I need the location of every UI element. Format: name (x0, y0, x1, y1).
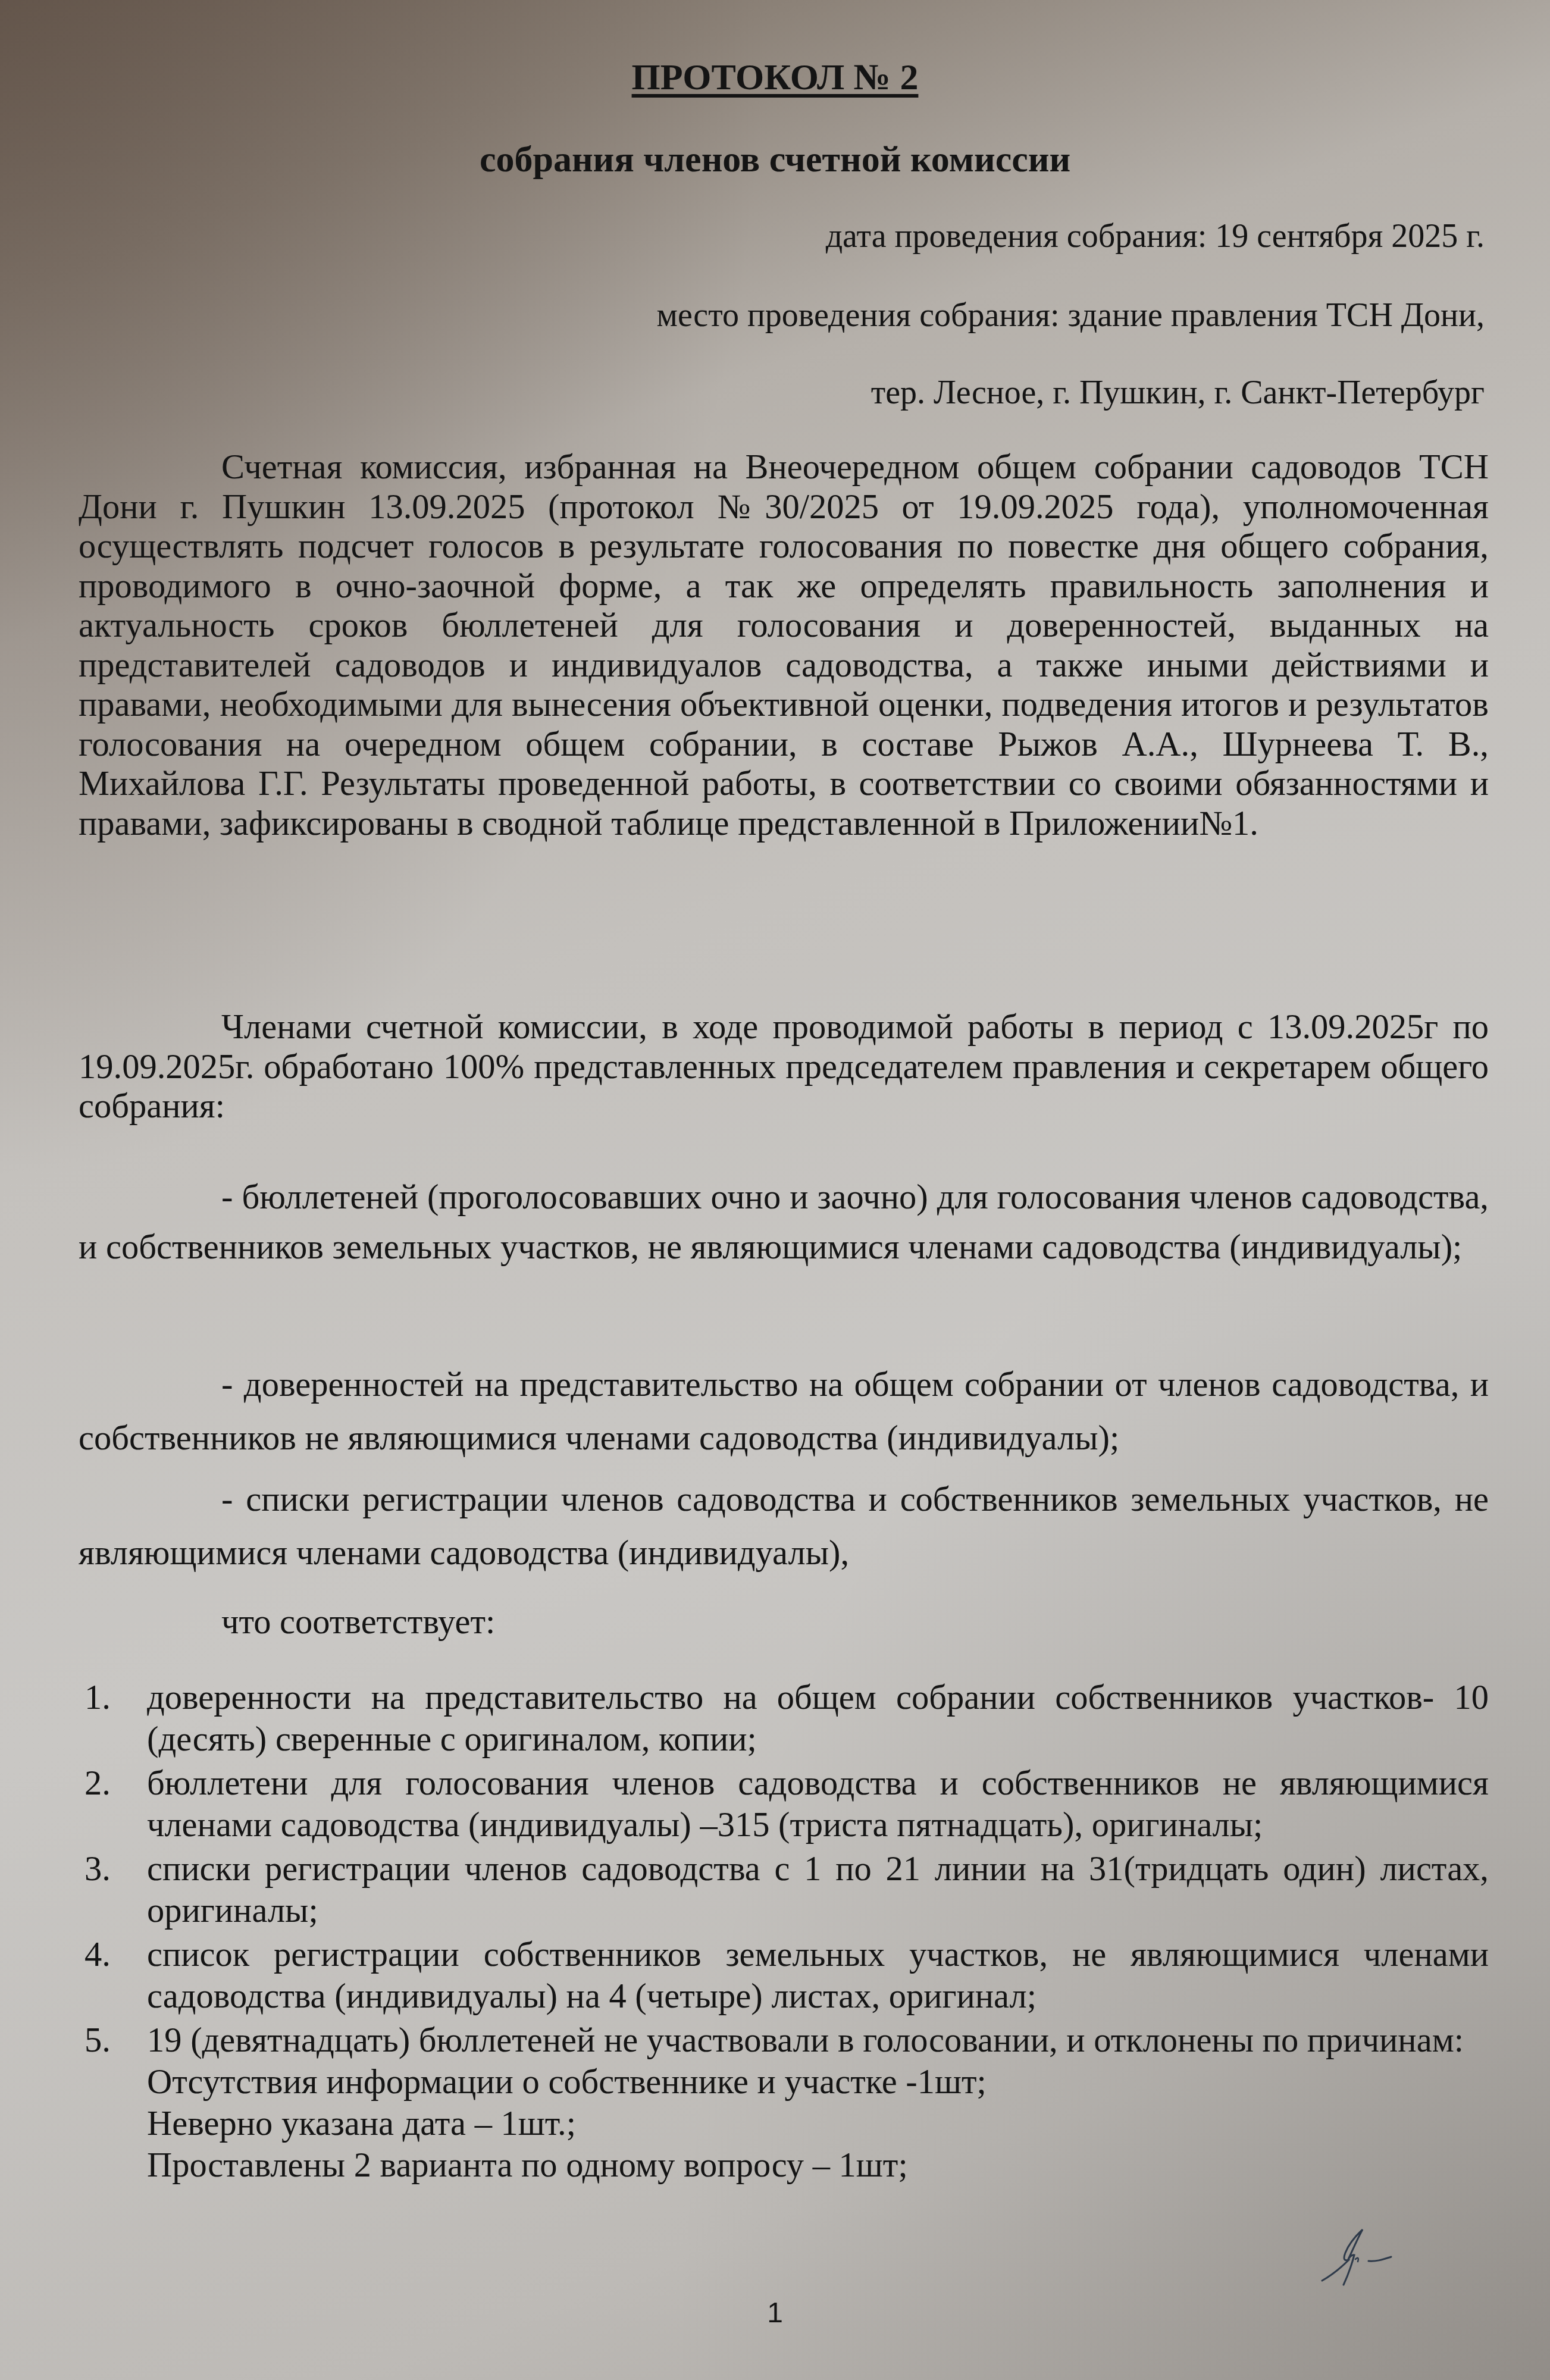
documents-list: 1. доверенности на представительство на … (79, 1677, 1489, 2188)
meeting-place-line-1: место проведения собрания: здание правле… (657, 295, 1485, 336)
list-item-text: списки регистрации членов садоводства с … (147, 1849, 1489, 1930)
list-item-number: 3. (84, 1848, 111, 1890)
rejection-reason: Отсутствия информации о собственнике и у… (147, 2061, 1489, 2103)
rejection-reasons: Отсутствия информации о собственнике и у… (147, 2061, 1489, 2186)
paragraph-intro: Счетная комиссия, избранная на Внеочеред… (79, 447, 1489, 843)
document-title: ПРОТОКОЛ № 2 (0, 54, 1550, 101)
document-subtitle: собрания членов счетной комиссии (0, 136, 1550, 183)
list-item: 1. доверенности на представительство на … (79, 1677, 1489, 1760)
document-title-text: ПРОТОКОЛ № 2 (632, 57, 919, 98)
list-item-number: 4. (84, 1934, 111, 1975)
paragraph-processed: Членами счетной комиссии, в ходе проводи… (79, 1007, 1489, 1126)
list-item-number: 2. (84, 1762, 111, 1804)
bullet-registration-lists: - списки регистрации членов садоводства … (79, 1473, 1489, 1580)
list-item-text: бюллетени для голосования членов садовод… (147, 1764, 1489, 1844)
signature-icon (1321, 2228, 1404, 2288)
list-item-text: доверенности на представительство на общ… (147, 1678, 1489, 1758)
rejection-reason: Проставлены 2 варианта по одному вопросу… (147, 2144, 1489, 2186)
bullet-ballots: - бюллетеней (проголосовавших очно и зао… (79, 1172, 1489, 1272)
list-item: 2. бюллетени для голосования членов садо… (79, 1762, 1489, 1846)
list-item: 5. 19 (девятнадцать) бюллетеней не участ… (79, 2019, 1489, 2186)
page-number: 1 (0, 2297, 1550, 2329)
list-item: 3. списки регистрации членов садоводства… (79, 1848, 1489, 1931)
bullet-proxies: - доверенностей на представительство на … (79, 1358, 1489, 1465)
document-page: ПРОТОКОЛ № 2 собрания членов счетной ком… (0, 0, 1550, 2380)
meeting-date: дата проведения собрания: 19 сентября 20… (826, 215, 1485, 257)
list-item-number: 5. (84, 2019, 111, 2061)
list-item-number: 1. (84, 1677, 111, 1718)
paragraph-corresponds: что соответствует: (79, 1602, 1489, 1642)
list-item-text: список регистрации собственников земельн… (147, 1935, 1489, 2015)
list-item-text: 19 (девятнадцать) бюллетеней не участвов… (147, 2021, 1464, 2059)
meeting-place-line-2: тер. Лесное, г. Пушкин, г. Санкт-Петербу… (871, 372, 1485, 414)
rejection-reason: Неверно указана дата – 1шт.; (147, 2103, 1489, 2144)
list-item: 4. список регистрации собственников земе… (79, 1934, 1489, 2017)
